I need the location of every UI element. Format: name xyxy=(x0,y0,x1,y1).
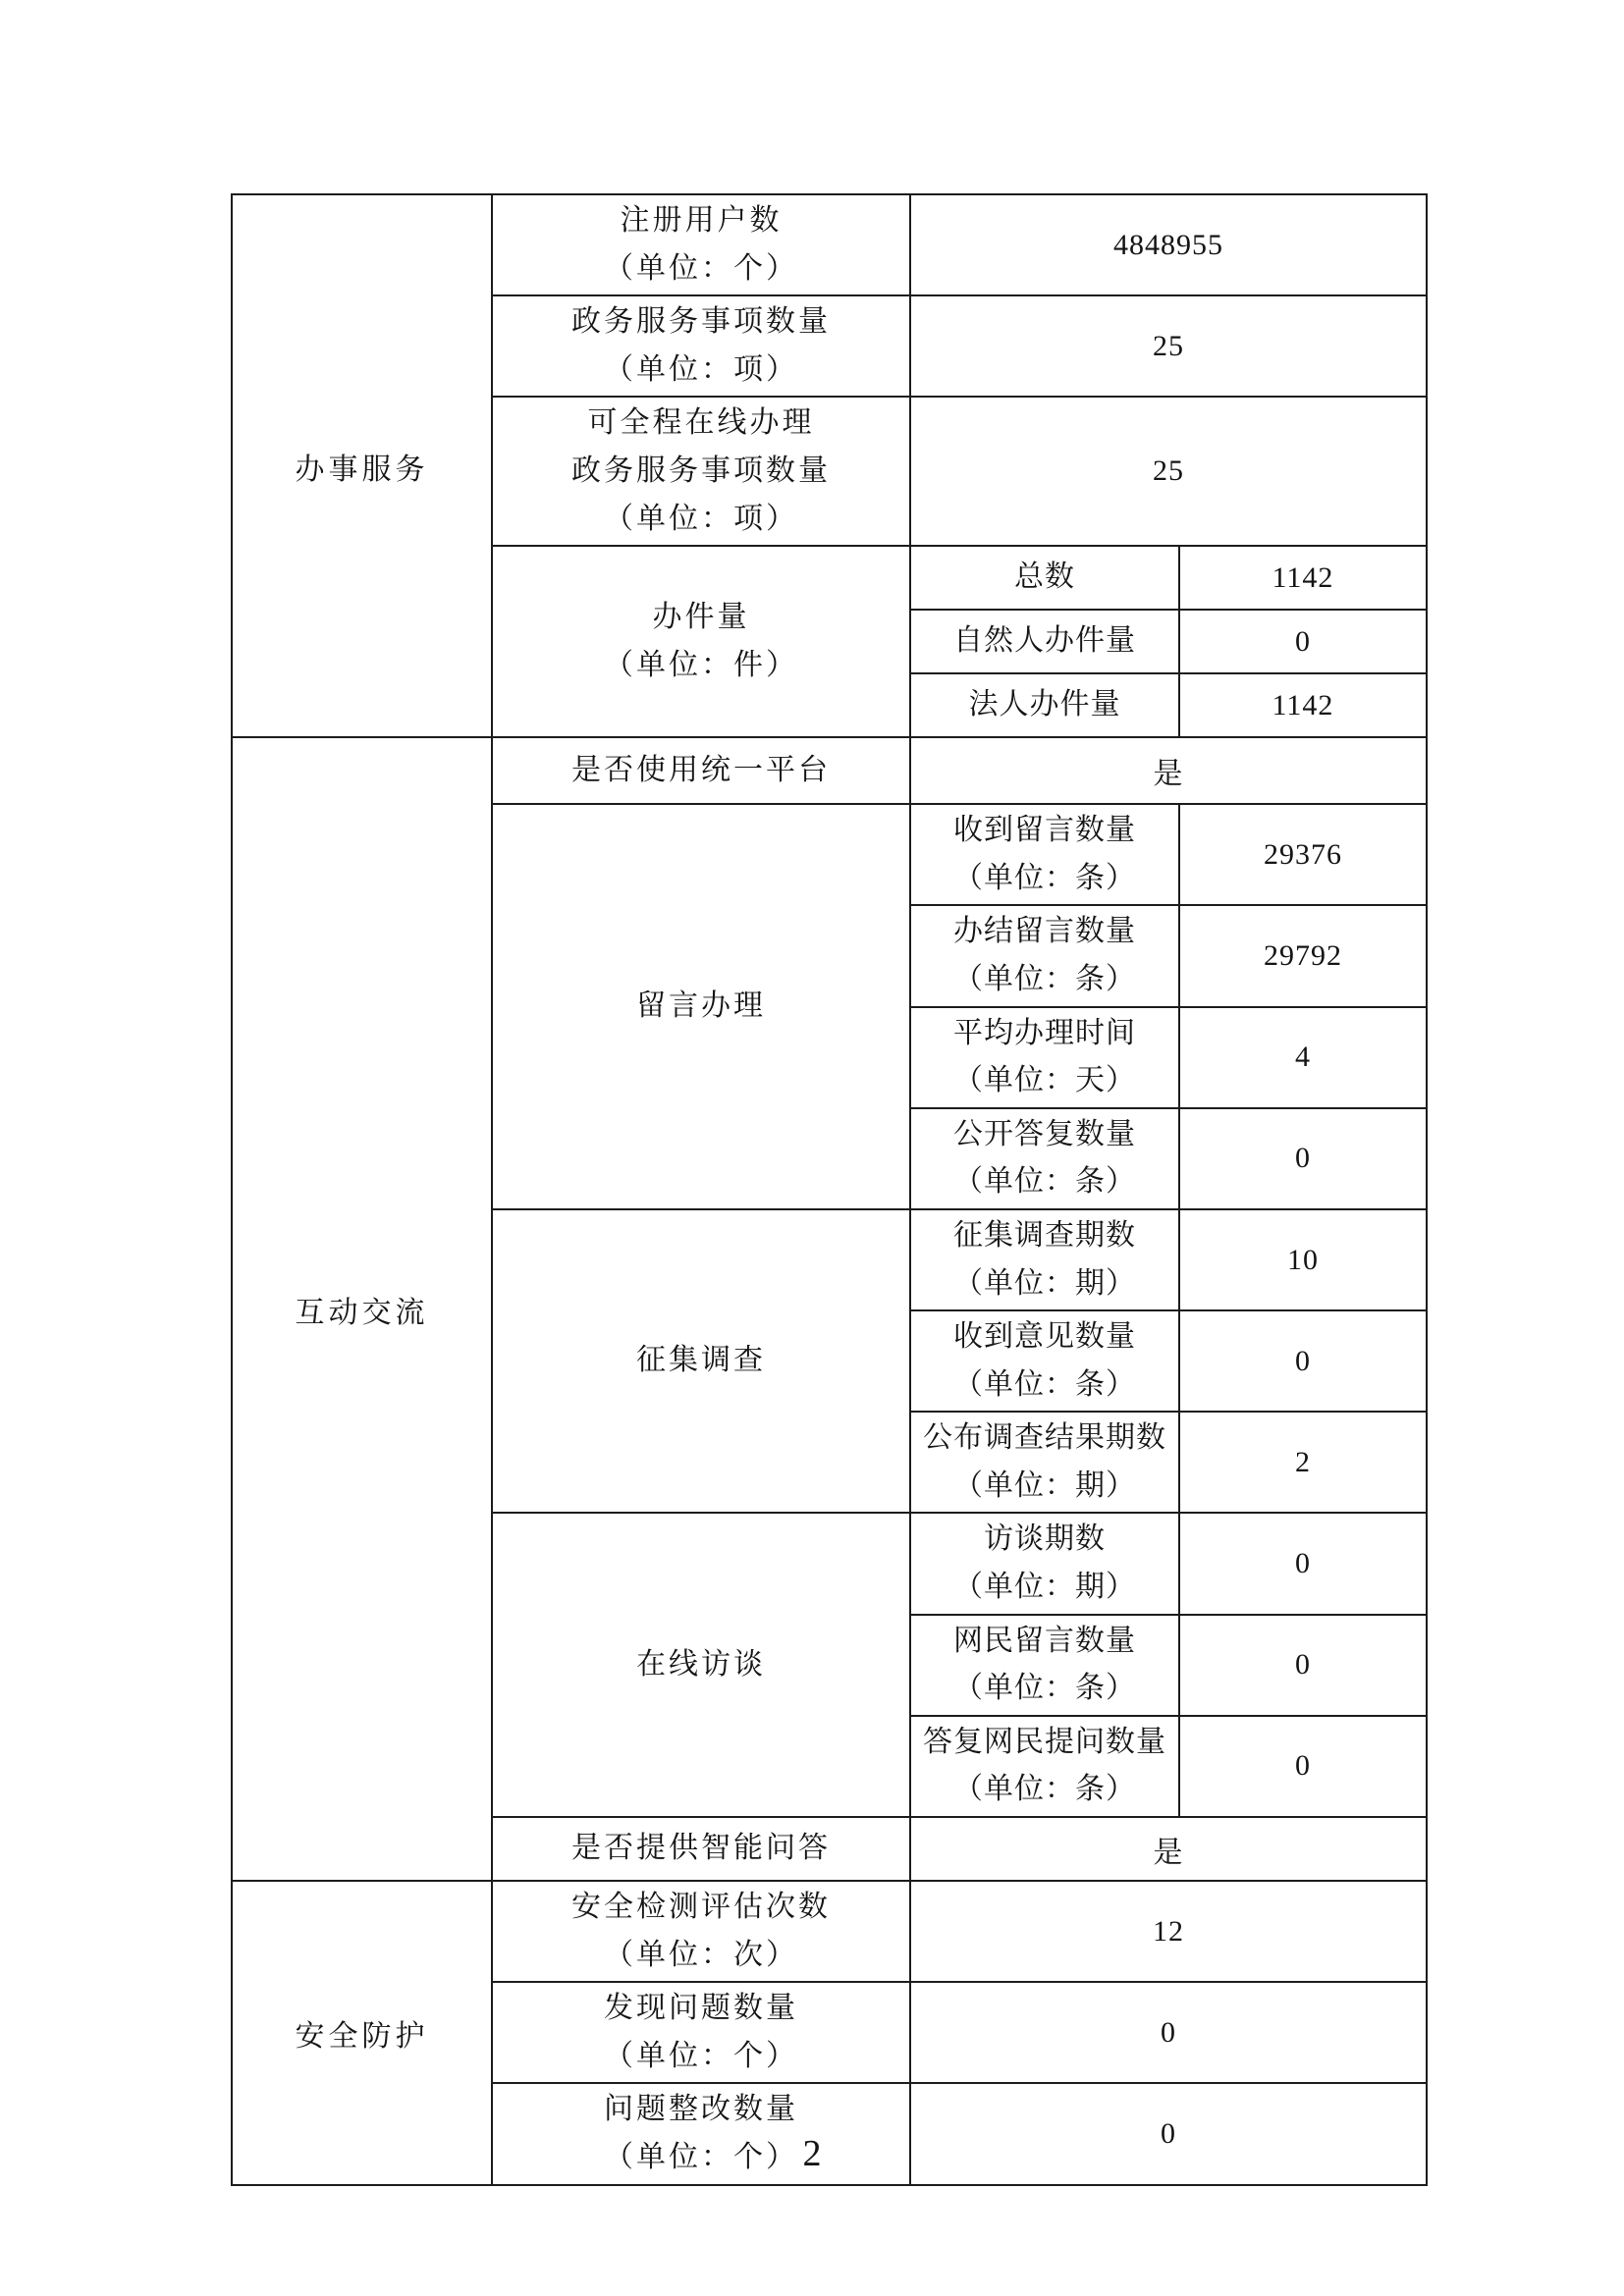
value-legal-person: 1142 xyxy=(1179,673,1427,737)
table-row: 互动交流 是否使用统一平台 是 xyxy=(232,737,1427,804)
value-messages-received: 29376 xyxy=(1179,804,1427,905)
value-survey-results-published: 2 xyxy=(1179,1412,1427,1513)
value-unified-platform: 是 xyxy=(910,737,1427,804)
sublabel-survey-periods: 征集调查期数 （单位：期） xyxy=(910,1209,1179,1310)
sublabel-natural-person: 自然人办件量 xyxy=(910,610,1179,673)
sublabel-questions-answered: 答复网民提问数量 （单位：条） xyxy=(910,1716,1179,1817)
group-label-survey: 征集调查 xyxy=(492,1209,910,1514)
table-row: 办事服务 注册用户数 （单位：个） 4848955 xyxy=(232,194,1427,295)
value-total: 1142 xyxy=(1179,546,1427,610)
page-number: 2 xyxy=(0,2132,1624,2175)
value-natural-person: 0 xyxy=(1179,610,1427,673)
label-security-assessments: 安全检测评估次数 （单位：次） xyxy=(492,1881,910,1982)
table-row: 安全防护 安全检测评估次数 （单位：次） 12 xyxy=(232,1881,1427,1982)
group-label-message-handling: 留言办理 xyxy=(492,804,910,1209)
label-online-service-items: 可全程在线办理 政务服务事项数量 （单位：项） xyxy=(492,397,910,546)
value-average-handling-time: 4 xyxy=(1179,1007,1427,1108)
sublabel-netizen-messages: 网民留言数量 （单位：条） xyxy=(910,1615,1179,1716)
value-smart-qa: 是 xyxy=(910,1817,1427,1881)
sublabel-opinions-received: 收到意见数量 （单位：条） xyxy=(910,1310,1179,1412)
sublabel-public-replies: 公开答复数量 （单位：条） xyxy=(910,1108,1179,1209)
value-registered-users: 4848955 xyxy=(910,194,1427,295)
value-netizen-messages: 0 xyxy=(1179,1615,1427,1716)
value-online-service-items: 25 xyxy=(910,397,1427,546)
sublabel-interview-periods: 访谈期数 （单位：期） xyxy=(910,1513,1179,1614)
statistics-table: 办事服务 注册用户数 （单位：个） 4848955 政务服务事项数量 （单位：项… xyxy=(231,193,1428,2186)
label-service-items: 政务服务事项数量 （单位：项） xyxy=(492,295,910,397)
value-questions-answered: 0 xyxy=(1179,1716,1427,1817)
group-label-online-interview: 在线访谈 xyxy=(492,1513,910,1817)
sublabel-legal-person: 法人办件量 xyxy=(910,673,1179,737)
sublabel-survey-results-published: 公布调查结果期数 （单位：期） xyxy=(910,1412,1179,1513)
sublabel-messages-resolved: 办结留言数量 （单位：条） xyxy=(910,905,1179,1006)
report-page: 办事服务 注册用户数 （单位：个） 4848955 政务服务事项数量 （单位：项… xyxy=(0,0,1624,2296)
value-survey-periods: 10 xyxy=(1179,1209,1427,1310)
category-cell-service: 办事服务 xyxy=(232,194,492,737)
sublabel-total: 总数 xyxy=(910,546,1179,610)
value-problems-found: 0 xyxy=(910,1982,1427,2083)
sublabel-average-handling-time: 平均办理时间 （单位：天） xyxy=(910,1007,1179,1108)
value-messages-resolved: 29792 xyxy=(1179,905,1427,1006)
value-security-assessments: 12 xyxy=(910,1881,1427,1982)
label-smart-qa: 是否提供智能问答 xyxy=(492,1817,910,1881)
value-opinions-received: 0 xyxy=(1179,1310,1427,1412)
category-cell-interaction: 互动交流 xyxy=(232,737,492,1881)
value-interview-periods: 0 xyxy=(1179,1513,1427,1614)
label-unified-platform: 是否使用统一平台 xyxy=(492,737,910,804)
label-registered-users: 注册用户数 （单位：个） xyxy=(492,194,910,295)
value-public-replies: 0 xyxy=(1179,1108,1427,1209)
sublabel-messages-received: 收到留言数量 （单位：条） xyxy=(910,804,1179,905)
group-label-case-volume: 办件量 （单位：件） xyxy=(492,546,910,737)
value-service-items: 25 xyxy=(910,295,1427,397)
label-problems-found: 发现问题数量 （单位：个） xyxy=(492,1982,910,2083)
